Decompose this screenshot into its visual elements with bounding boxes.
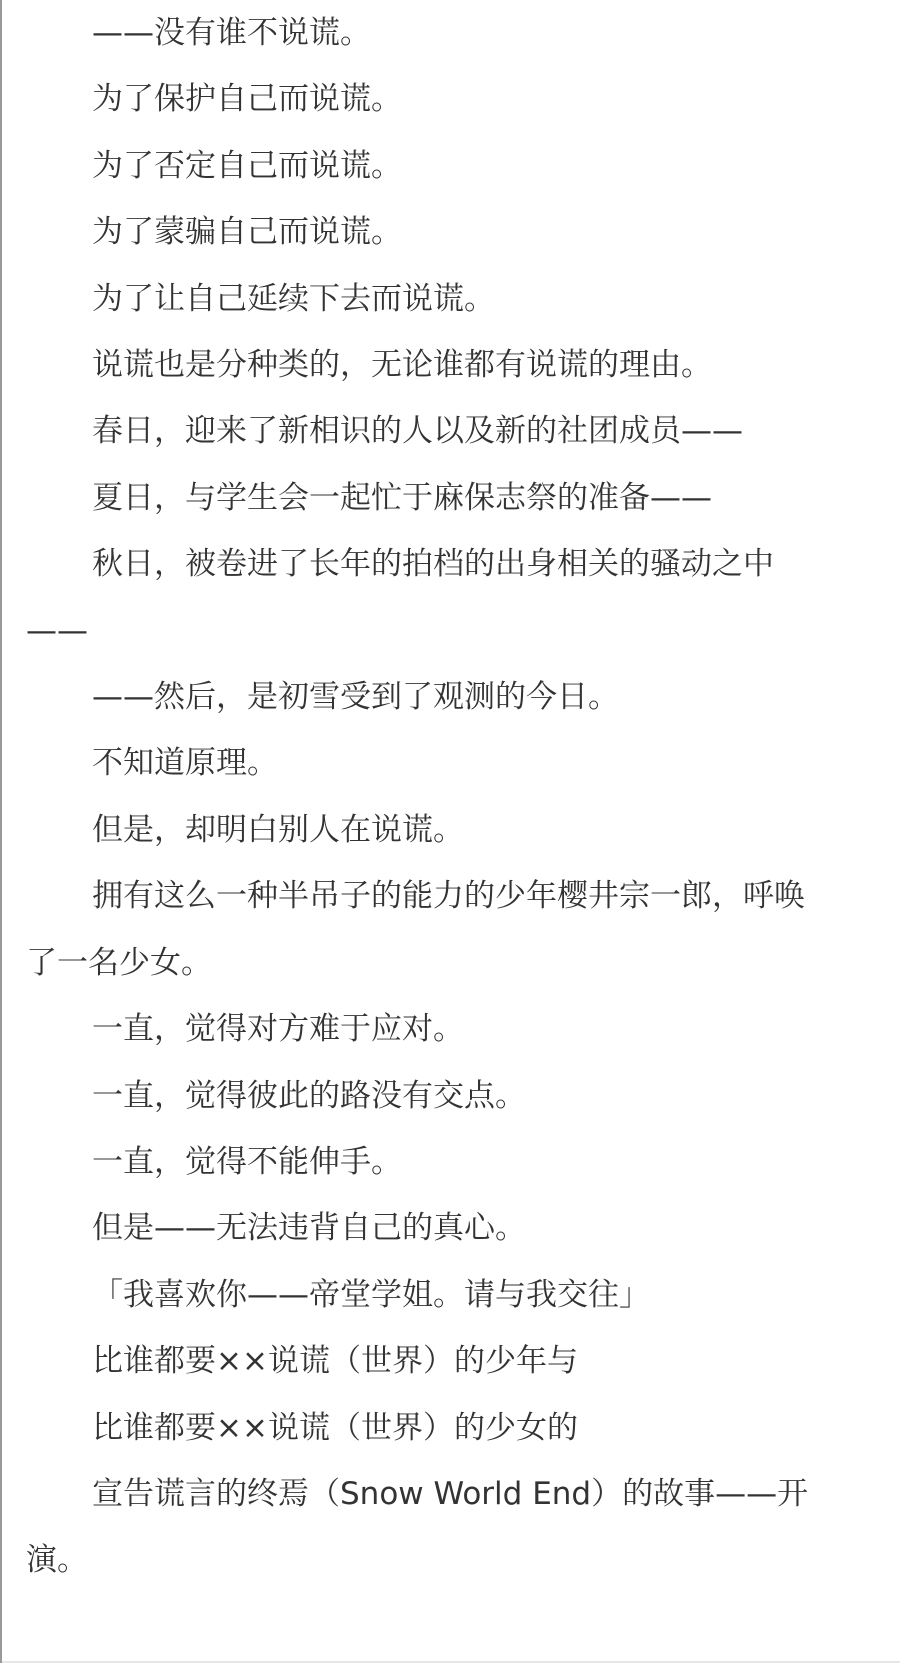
paragraph: 拥有这么一种半吊子的能力的少年樱井宗一郎，呼唤了一名少女。 — [26, 863, 826, 996]
paragraph: 为了蒙骗自己而说谎。 — [26, 199, 826, 265]
paragraph: 一直，觉得彼此的路没有交点。 — [26, 1063, 826, 1129]
document-body: ——没有谁不说谎。 为了保护自己而说谎。 为了否定自己而说谎。 为了蒙骗自己而说… — [26, 0, 826, 1594]
paragraph: 不知道原理。 — [26, 730, 826, 796]
paragraph: ——然后，是初雪受到了观测的今日。 — [26, 664, 826, 730]
paragraph: 「我喜欢你——帝堂学姐。请与我交往」 — [26, 1262, 826, 1328]
paragraph: 说谎也是分种类的，无论谁都有说谎的理由。 — [26, 332, 826, 398]
paragraph: 为了让自己延续下去而说谎。 — [26, 266, 826, 332]
paragraph: 夏日，与学生会一起忙于麻保志祭的准备—— — [26, 465, 826, 531]
paragraph: 宣告谎言的终焉（Snow World End）的故事——开演。 — [26, 1461, 826, 1594]
paragraph: 但是——无法违背自己的真心。 — [26, 1195, 826, 1261]
paragraph: 比谁都要××说谎（世界）的少女的 — [26, 1395, 826, 1461]
paragraph: 秋日，被卷进了长年的拍档的出身相关的骚动之中—— — [26, 531, 826, 664]
paragraph: ——没有谁不说谎。 — [26, 0, 826, 66]
paragraph: 一直，觉得对方难于应对。 — [26, 996, 826, 1062]
paragraph: 一直，觉得不能伸手。 — [26, 1129, 826, 1195]
paragraph: 为了保护自己而说谎。 — [26, 66, 826, 132]
paragraph: 比谁都要××说谎（世界）的少年与 — [26, 1328, 826, 1394]
paragraph: 为了否定自己而说谎。 — [26, 133, 826, 199]
paragraph: 春日，迎来了新相识的人以及新的社团成员—— — [26, 398, 826, 464]
paragraph: 但是，却明白别人在说谎。 — [26, 797, 826, 863]
document-page: ——没有谁不说谎。 为了保护自己而说谎。 为了否定自己而说谎。 为了蒙骗自己而说… — [0, 0, 899, 1663]
